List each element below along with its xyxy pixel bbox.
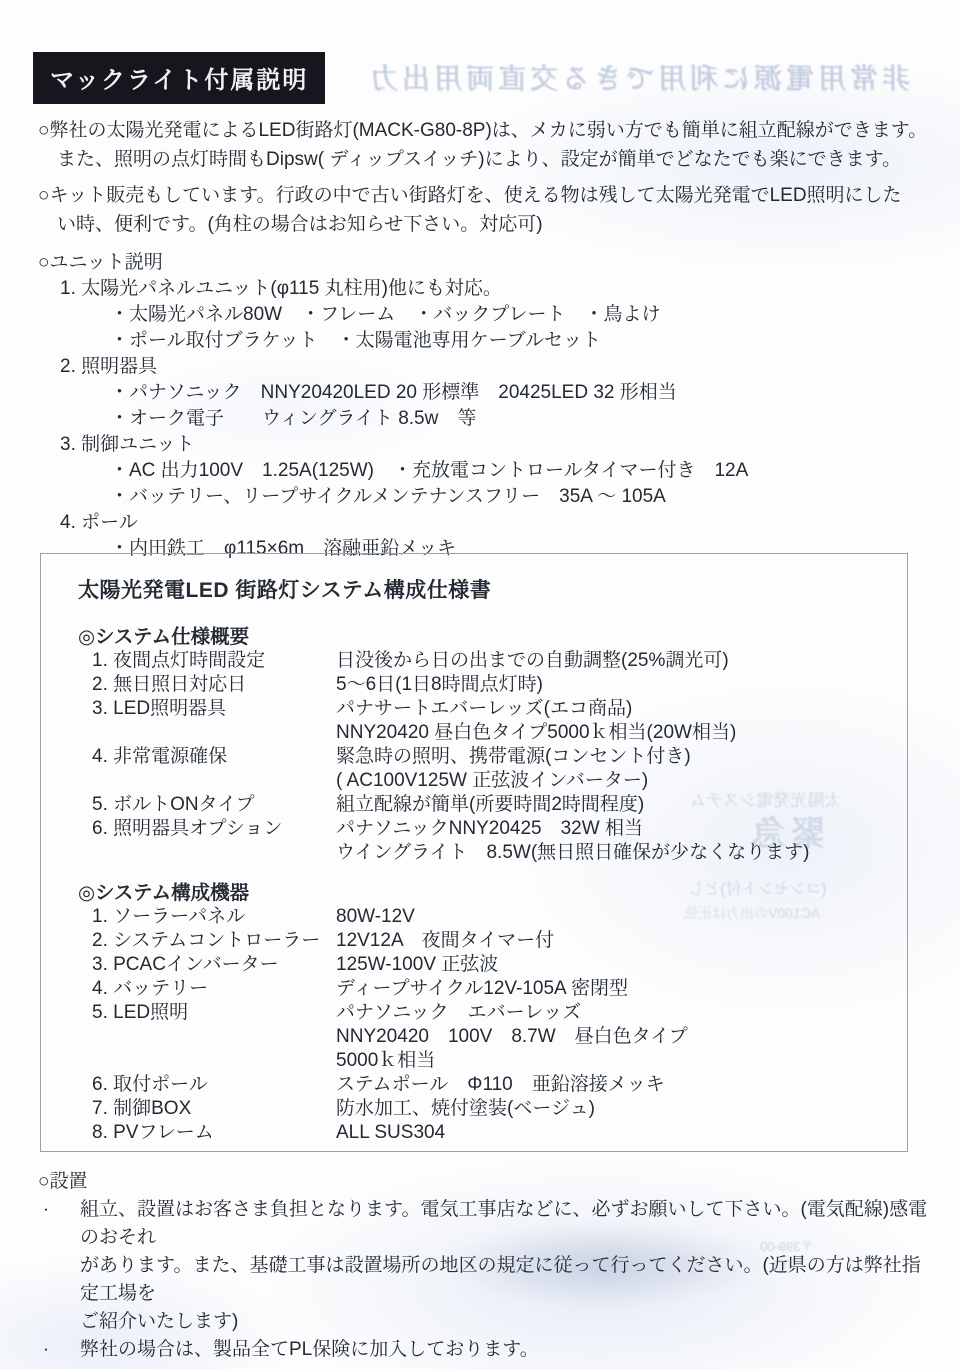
spec-label: 5. LED照明 <box>78 1001 336 1073</box>
text-line: い時、便利です。(角柱の場合はお知らせ下さい。対応可) <box>38 210 928 239</box>
spec-value: ウイングライト 8.5W(無日照日確保が少なくなります) <box>336 841 889 865</box>
spec-components-heading: ◎システム構成機器 <box>78 881 889 905</box>
spec-label: 2. システムコントローラー <box>78 929 336 953</box>
spec-value: 12V12A 夜間タイマー付 <box>336 929 889 953</box>
spec-value: NNY20420 昼白色タイプ5000ｋ相当(20W相当) <box>336 721 889 745</box>
spec-value: パナソニック エバーレッズ <box>336 1001 889 1025</box>
spec-label: 7. 制御BOX <box>78 1097 336 1121</box>
spec-label: 6. 取付ポール <box>78 1073 336 1097</box>
spec-value: 防水加工、焼付塗装(ベージュ) <box>336 1097 889 1121</box>
install-bullet: ・ 組立、設置はお客さま負担となります。電気工事店などに、必ずお願いして下さい。… <box>38 1196 933 1336</box>
spec-row: 1. 夜間点灯時間設定 日没後から日の出までの自動調整(25%調光可) <box>78 649 889 673</box>
spec-row: 3. LED照明器具 パナサートエバーレッズ(エコ商品) NNY20420 昼白… <box>78 697 889 745</box>
section-heading: ○ユニット説明 <box>38 250 928 276</box>
text-line: ○弊社の太陽光発電によるLED街路灯(MACK-G80-8P)は、メカに弱い方で… <box>38 116 928 145</box>
install-bullet: ・ 弊社の場合は、製品全てPL保険に加入しております。 <box>38 1336 933 1364</box>
unit-item-title: 4. ポール <box>38 510 928 536</box>
spec-box: 太陽光発電LED 街路灯システム構成仕様書 ◎システム仕様概要 1. 夜間点灯時… <box>40 553 908 1152</box>
intro-paragraph-2: ○キット販売もしています。行政の中で古い街路灯を、使える物は残して太陽光発電でL… <box>38 181 928 239</box>
text-line: ご紹介いたします) <box>80 1308 933 1336</box>
unit-item-detail: ・ポール取付ブラケット ・太陽電池専用ケーブルセット <box>38 328 928 354</box>
spec-value: 組立配線が簡単(所要時間2時間程度) <box>336 793 889 817</box>
scanned-document-page: 非常用電源に利用できる交直両用出力 太陽光発電システム 緊急 (コンセント付)と… <box>0 0 960 1369</box>
spec-label: 4. バッテリー <box>78 977 336 1001</box>
unit-item-detail: ・バッテリー、リープサイクルメンテナンスフリー 35A ～ 105A <box>38 484 928 510</box>
spec-row: 8. PVフレーム ALL SUS304 <box>78 1121 889 1145</box>
spec-label: 3. LED照明器具 <box>78 697 336 745</box>
spec-row: 2. システムコントローラー 12V12A 夜間タイマー付 <box>78 929 889 953</box>
spec-value: パナサートエバーレッズ(エコ商品) <box>336 697 889 721</box>
text-line: また、照明の点灯時間もDipsw( ディップスイッチ)により、設定が簡単でどなた… <box>38 145 928 174</box>
spec-value: 日没後から日の出までの自動調整(25%調光可) <box>336 649 889 673</box>
unit-item-detail: ・パナソニック NNY20420LED 20 形標準 20425LED 32 形… <box>38 380 928 406</box>
spec-box-title: 太陽光発電LED 街路灯システム構成仕様書 <box>78 578 889 604</box>
bleedthrough-text: 非常用電源に利用できる交直両用出力 <box>318 57 958 97</box>
bullet-dot: ・ <box>38 1196 80 1336</box>
bullet-dot: ・ <box>38 1336 80 1364</box>
spec-row: 3. PCACインバーター 125W-100V 正弦波 <box>78 953 889 977</box>
spec-value: 5～6日(1日8時間点灯時) <box>336 673 889 697</box>
spec-label: 6. 照明器具オプション <box>78 817 336 865</box>
unit-item-title: 2. 照明器具 <box>38 354 928 380</box>
spec-label: 8. PVフレーム <box>78 1121 336 1145</box>
spec-value: NNY20420 100V 8.7W 昼白色タイプ <box>336 1025 889 1049</box>
section-heading: ○設置 <box>38 1168 933 1196</box>
spec-label: 3. PCACインバーター <box>78 953 336 977</box>
text-line: ○キット販売もしています。行政の中で古い街路灯を、使える物は残して太陽光発電でL… <box>38 181 928 210</box>
spec-value: 緊急時の照明、携帯電源(コンセント付き) <box>336 745 889 769</box>
spec-value: 125W-100V 正弦波 <box>336 953 889 977</box>
text-line: 弊社の場合は、製品全てPL保険に加入しております。 <box>80 1336 933 1364</box>
spec-value: 5000ｋ相当 <box>336 1049 889 1073</box>
unit-description-section: ○ユニット説明 1. 太陽光パネルユニット(φ115 丸柱用)他にも対応。 ・太… <box>38 250 928 562</box>
spec-row: 6. 照明器具オプション パナソニックNNY20425 32W 相当 ウイングラ… <box>78 817 889 865</box>
spec-value: ディープサイクル12V-105A 密閉型 <box>336 977 889 1001</box>
spec-value: ステムポール Φ110 亜鉛溶接メッキ <box>336 1073 889 1097</box>
spec-label: 5. ボルトONタイプ <box>78 793 336 817</box>
spec-row: 6. 取付ポール ステムポール Φ110 亜鉛溶接メッキ <box>78 1073 889 1097</box>
text-line: 組立、設置はお客さま負担となります。電気工事店などに、必ずお願いして下さい。(電… <box>80 1196 933 1252</box>
spec-value: パナソニックNNY20425 32W 相当 <box>336 817 889 841</box>
intro-paragraph-1: ○弊社の太陽光発電によるLED街路灯(MACK-G80-8P)は、メカに弱い方で… <box>38 116 928 174</box>
unit-item-title: 1. 太陽光パネルユニット(φ115 丸柱用)他にも対応。 <box>38 276 928 302</box>
spec-row: 1. ソーラーパネル 80W-12V <box>78 905 889 929</box>
install-section: ○設置 ・ 組立、設置はお客さま負担となります。電気工事店などに、必ずお願いして… <box>38 1168 933 1364</box>
unit-item-title: 3. 制御ユニット <box>38 432 928 458</box>
spec-value: ( AC100V125W 正弦波インバーター) <box>336 769 889 793</box>
spec-row: 5. LED照明 パナソニック エバーレッズ NNY20420 100V 8.7… <box>78 1001 889 1073</box>
spec-label: 2. 無日照日対応日 <box>78 673 336 697</box>
spec-label: 1. ソーラーパネル <box>78 905 336 929</box>
page-title-badge: マックライト付属説明 <box>33 52 325 104</box>
spec-row: 4. バッテリー ディープサイクル12V-105A 密閉型 <box>78 977 889 1001</box>
spec-row: 7. 制御BOX 防水加工、焼付塗装(ベージュ) <box>78 1097 889 1121</box>
spec-overview-heading: ◎システム仕様概要 <box>78 625 889 649</box>
unit-item-detail: ・太陽光パネル80W ・フレーム ・バックプレート ・鳥よけ <box>38 302 928 328</box>
text-line: があります。また、基礎工事は設置場所の地区の規定に従って行ってください。(近県の… <box>80 1252 933 1308</box>
unit-item-detail: ・オーク電子 ウィングライト 8.5w 等 <box>38 406 928 432</box>
spec-row: 5. ボルトONタイプ 組立配線が簡単(所要時間2時間程度) <box>78 793 889 817</box>
spec-row: 2. 無日照日対応日 5～6日(1日8時間点灯時) <box>78 673 889 697</box>
spec-value: 80W-12V <box>336 905 889 929</box>
spec-value: ALL SUS304 <box>336 1121 889 1145</box>
unit-item-detail: ・AC 出力100V 1.25A(125W) ・充放電コントロールタイマー付き … <box>38 458 928 484</box>
spec-label: 1. 夜間点灯時間設定 <box>78 649 336 673</box>
spec-label: 4. 非常電源確保 <box>78 745 336 793</box>
spec-row: 4. 非常電源確保 緊急時の照明、携帯電源(コンセント付き) ( AC100V1… <box>78 745 889 793</box>
